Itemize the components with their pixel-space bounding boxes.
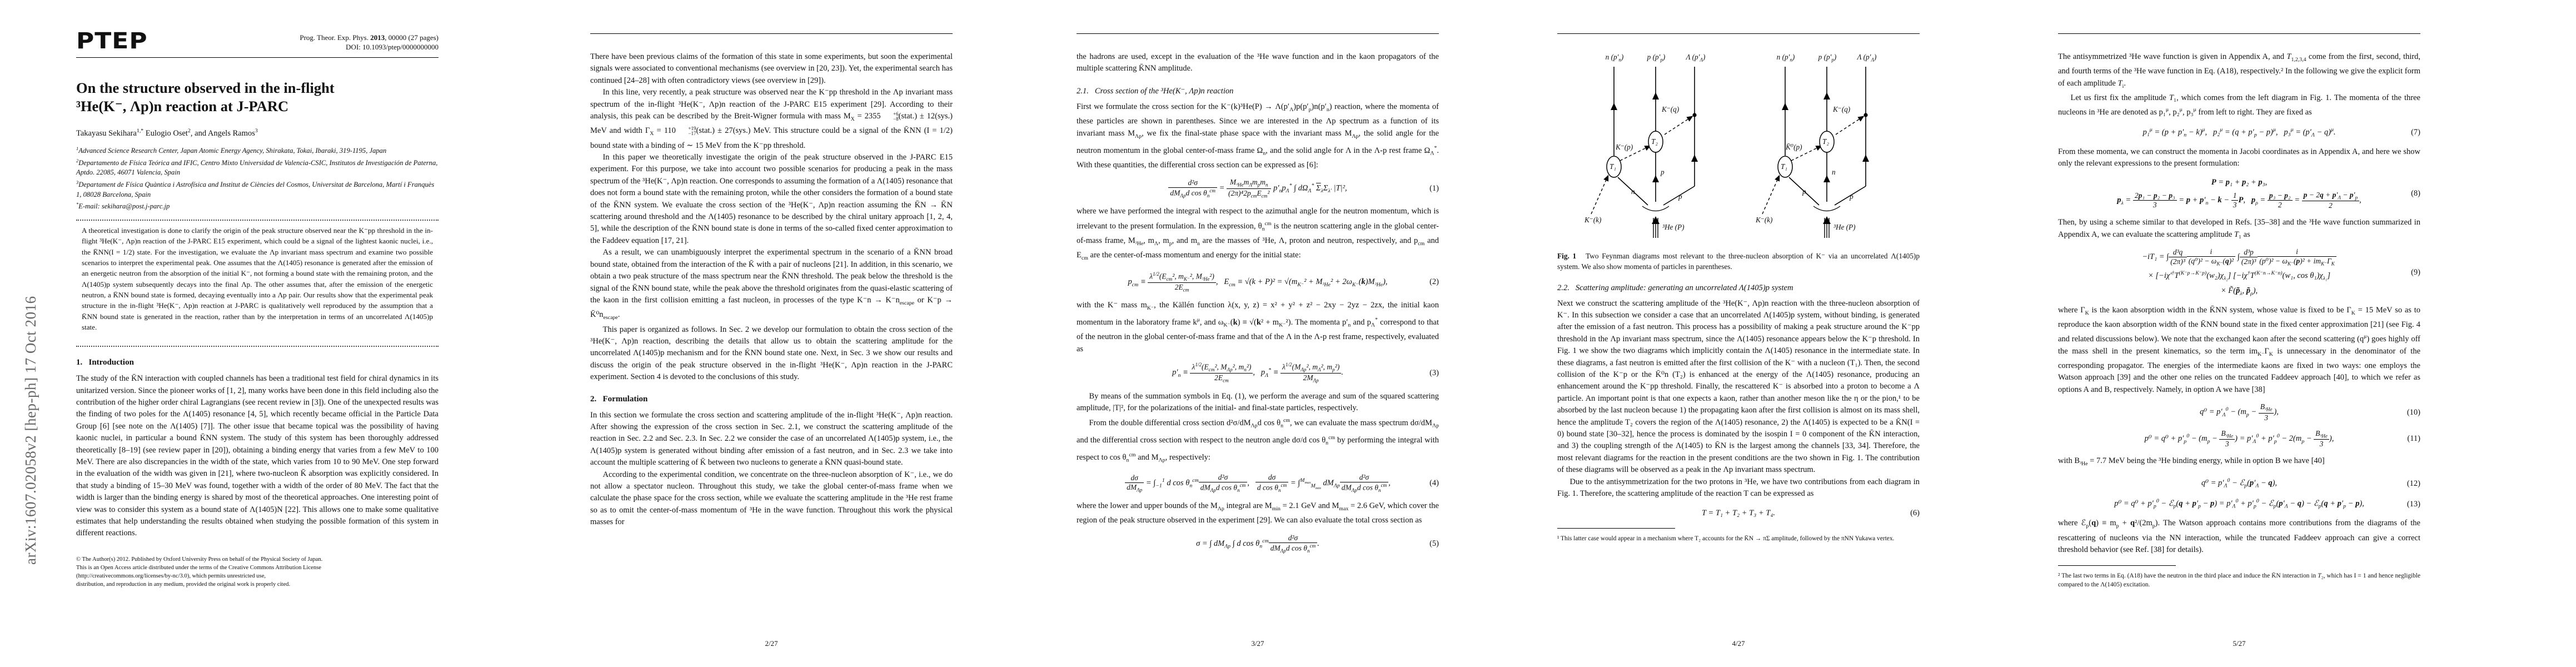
journal-info: Prog. Theor. Exp. Phys. 2013, 00000 (27 … xyxy=(300,33,439,54)
equation-10: q⁰ = p′Λ0 − (mp − B³He3),(10) xyxy=(2058,402,2420,422)
page-3-column: the hadrons are used, except in the eval… xyxy=(1077,0,1439,561)
paragraph: In this line, very recently, a peak stru… xyxy=(590,87,953,152)
equation-9: −iT₁ = ∫d³q(2π)³i(q⁰)² − ωK⁻(q)² ∫d³p(2π… xyxy=(2058,247,2420,298)
arxiv-watermark-text: arXiv:1607.02058v2 [hep-ph] 17 Oct 2016 xyxy=(22,296,39,565)
feynman-diagram-left: n (p′n) p (p′p) Λ (p′Λ) T₁ T₂ K⁻(p) K⁻(q… xyxy=(1583,53,1722,239)
nucleon-label-2: n xyxy=(1832,168,1836,177)
abstract-bottom-dots xyxy=(76,346,439,347)
paragraph: with the K⁻ mass mK⁻, the Källén functio… xyxy=(1077,300,1439,355)
journal-line-2: DOI: 10.1093/ptep/0000000000 xyxy=(300,42,439,52)
page-4-column: n (p′n) p (p′p) Λ (p′Λ) T₁ T₂ K⁻(p) K⁻(q… xyxy=(1557,0,1920,550)
affiliation-1: 1Advanced Science Research Center, Japan… xyxy=(76,144,439,156)
equation-2: pcm ≡ λ1/2(Ecm², mK⁻², M³He²)2Ecm, Ecm ≡… xyxy=(1077,271,1439,293)
intro-paragraph: The study of the K̄N interaction with co… xyxy=(76,373,439,540)
exchanged-kaon-label: K̄⁰(p) xyxy=(1786,143,1802,152)
outgoing-lambda-label: Λ (p′Λ) xyxy=(1677,53,1715,63)
paragraph: where we have performed the integral wit… xyxy=(1077,206,1439,264)
t2-blob-label: T₂ xyxy=(1651,137,1658,146)
affiliation-2: 2Departamento de Física Teórica and IFIC… xyxy=(76,156,439,178)
feynman-diagram-right: n (p′n) p (p′p) Λ (p′Λ) T₁ T₂ K̄⁰(p) K⁻(… xyxy=(1755,53,1894,239)
paragraph: Let us first fix the amplitude T₁, which… xyxy=(2058,92,2420,119)
paper-page-1: arXiv:1607.02058v2 [hep-ph] 17 Oct 2016 … xyxy=(0,0,515,667)
paragraph: Then, by using a scheme similar to that … xyxy=(2058,217,2420,241)
paragraph: From these momenta, we can construct the… xyxy=(2058,146,2420,170)
outgoing-proton-label: p (p′p) xyxy=(1640,53,1673,63)
absorbed-kaon-label: K⁻(q) xyxy=(1833,105,1850,114)
header-rule xyxy=(76,57,439,58)
helium-label: ³He (P) xyxy=(1662,223,1684,232)
paragraph: The antisymmetrized ³He wave function is… xyxy=(2058,51,2420,92)
equation-11: p⁰ = q⁰ + p′p0 − (mp − B³He3) = p′Λ0 + p… xyxy=(2058,429,2420,449)
journal-line-1: Prog. Theor. Exp. Phys. 2013, 00000 (27 … xyxy=(300,33,439,42)
section-2-2-heading: 2.2. Scattering amplitude: generating an… xyxy=(1557,283,1920,293)
paragraph: with B³He = 7.7 MeV being the ³He bindin… xyxy=(2058,455,2420,470)
exchanged-kaon-label: K⁻(p) xyxy=(1616,143,1633,152)
affiliations: 1Advanced Science Research Center, Japan… xyxy=(76,144,439,212)
paragraph: where ℰp(q) ≡ mp + q²/(2mp). The Watson … xyxy=(2058,517,2420,556)
helium-label: ³He (P) xyxy=(1833,223,1855,232)
equation-1: d²σdMΛpd cos θncm = M³HemΛmpmn(2π)⁴2pcmE… xyxy=(1077,178,1439,199)
equation-12: q⁰ = p′Λ0 − ℰp(p′Λ − q),(12) xyxy=(2058,476,2420,490)
outgoing-proton-label: p (p′p) xyxy=(1811,53,1844,63)
page-5-column: The antisymmetrized ³He wave function is… xyxy=(2058,0,2420,596)
authors-line: Takayasu Sekihara1,* Eulogio Oset2, and … xyxy=(76,128,439,138)
paragraph: There have been previous claims of the f… xyxy=(590,51,953,87)
page-number: 4/27 xyxy=(1557,639,1920,648)
figure-1-tag: Fig. 1 xyxy=(1557,252,1576,260)
page-2-top-rule xyxy=(590,33,953,34)
affiliation-3: 3Departament de Física Quàntica i Astrof… xyxy=(76,178,439,200)
nucleon-label-3: p xyxy=(1850,192,1853,201)
page-3-top-rule xyxy=(1077,33,1439,34)
paragraph: By means of the summation symbols in Eq.… xyxy=(1077,391,1439,415)
copyright-block: © The Author(s) 2012. Published by Oxfor… xyxy=(76,555,439,589)
figure-1-caption: Fig. 1 Two Feynman diagrams most relevan… xyxy=(1557,251,1920,272)
copyright-line-4: distribution, and reproduction in any me… xyxy=(76,580,439,589)
nucleon-label-1: n xyxy=(1631,187,1635,196)
page-4-top-rule xyxy=(1557,33,1920,34)
paragraph: In this paper we theoretically investiga… xyxy=(590,152,953,247)
ptep-logo: PTEP xyxy=(76,28,148,54)
paragraph: where ΓK is the kaon absorption width in… xyxy=(2058,305,2420,396)
paper-page-5: The antisymmetrized ³He wave function is… xyxy=(1982,0,2497,667)
paper-screenshot: arXiv:1607.02058v2 [hep-ph] 17 Oct 2016 … xyxy=(0,0,2576,667)
t1-blob-label: T₁ xyxy=(1610,162,1616,171)
paper-title: On the structure observed in the in-flig… xyxy=(76,79,439,116)
footnote-1: ¹ This latter case would appear in a mec… xyxy=(1557,535,1920,544)
paragraph: Due to the antisymmetrization for the tw… xyxy=(1557,476,1920,500)
paper-page-3: the hadrons are used, except in the eval… xyxy=(1000,0,1516,667)
equation-5: σ = ∫ dMΛp ∫ d cos θncmd²σdMΛpd cos θncm… xyxy=(1077,534,1439,554)
t2-blob-label: T₂ xyxy=(1822,137,1829,146)
abstract-text: A theoretical investigation is done to c… xyxy=(76,221,439,338)
paragraph: the hadrons are used, except in the eval… xyxy=(1077,51,1439,75)
copyright-line-3: (http://creativecommons.org/licenses/by-… xyxy=(76,572,439,580)
page-2-column: There have been previous claims of the f… xyxy=(590,0,953,529)
page-number: 2/27 xyxy=(590,639,953,648)
footnote-2: ² The last two terms in Eq. (A18) have t… xyxy=(2058,572,2420,590)
outgoing-neutron-label: n (p′n) xyxy=(1769,53,1802,63)
figure-1-caption-text: Two Feynman diagrams most relevant to th… xyxy=(1557,252,1920,271)
t1-blob-label: T₁ xyxy=(1781,162,1787,171)
paragraph: As a result, we can unambiguously interp… xyxy=(590,247,953,323)
section-2-1-heading: 2.1. Cross section of the ³He(K⁻, Λp)n r… xyxy=(1077,86,1439,96)
nucleon-label-1: p xyxy=(1802,187,1806,196)
page-number: 3/27 xyxy=(1077,639,1439,648)
page-number: 5/27 xyxy=(2058,639,2420,648)
copyright-line-2: This is an Open Access article distribut… xyxy=(76,564,439,572)
paragraph: In this section we formulate the cross s… xyxy=(590,410,953,469)
incoming-kaon-label: K⁻(k) xyxy=(1585,216,1601,225)
email-line: *E-mail: sekihara@post.j-parc.jp xyxy=(76,200,439,212)
paragraph: where the lower and upper bounds of the … xyxy=(1077,500,1439,527)
equation-3: p′n ≡ λ1/2(Ecm², MΛp², mn²)2Ecm, pΛ* ≡ λ… xyxy=(1077,362,1439,384)
paper-page-4: n (p′n) p (p′p) Λ (p′Λ) T₁ T₂ K⁻(p) K⁻(q… xyxy=(1481,0,1996,667)
section-2-heading: 2. Formulation xyxy=(590,395,953,404)
equation-6: T = T₁ + T₂ + T₃ + T₄.(6) xyxy=(1557,507,1920,519)
page-5-top-rule xyxy=(2058,33,2420,34)
page-1-column: PTEP Prog. Theor. Exp. Phys. 2013, 00000… xyxy=(76,0,439,589)
nucleon-label-3: p xyxy=(1678,192,1682,201)
copyright-line-1: © The Author(s) 2012. Published by Oxfor… xyxy=(76,555,439,564)
equation-13: p⁰ = q⁰ + p′p0 − ℰp(q + p′p − p) = p′Λ0 … xyxy=(2058,497,2420,511)
paragraph: Next we construct the scattering amplitu… xyxy=(1557,298,1920,476)
equation-7: p₁μ = (p + p′n − k)μ, p₂μ = (q + p′p − p… xyxy=(2058,126,2420,140)
footnote-rule xyxy=(2058,565,2176,566)
title-line-2: ³He(K⁻, Λp)n reaction at J-PARC xyxy=(76,98,288,115)
footnote-rule xyxy=(1557,528,1675,529)
paragraph: From the double differential cross secti… xyxy=(1077,415,1439,466)
paragraph: This paper is organized as follows. In S… xyxy=(590,324,953,384)
section-1-heading: 1. Introduction xyxy=(76,358,439,367)
equation-4: dσdMΛp = ∫−11 d cos θncmd²σdMΛpd cos θnc… xyxy=(1077,473,1439,494)
journal-header: PTEP Prog. Theor. Exp. Phys. 2013, 00000… xyxy=(76,26,439,54)
outgoing-lambda-label: Λ (p′Λ) xyxy=(1848,53,1886,63)
equation-8: P = p₁ + p₂ + p₃,pλ = 2p₁ − p₂ − p₃3 = p… xyxy=(2058,176,2420,210)
figure-1: n (p′n) p (p′p) Λ (p′Λ) T₁ T₂ K⁻(p) K⁻(q… xyxy=(1557,53,1920,239)
paragraph: First we formulate the cross section for… xyxy=(1077,101,1439,172)
incoming-kaon-label: K⁻(k) xyxy=(1756,216,1772,225)
outgoing-neutron-label: n (p′n) xyxy=(1598,53,1631,63)
paper-page-2: There have been previous claims of the f… xyxy=(514,0,1029,667)
nucleon-label-2: p xyxy=(1661,168,1665,177)
absorbed-kaon-label: K⁻(q) xyxy=(1662,105,1679,114)
title-line-1: On the structure observed in the in-flig… xyxy=(76,79,335,96)
paragraph: According to the experimental condition,… xyxy=(590,469,953,529)
